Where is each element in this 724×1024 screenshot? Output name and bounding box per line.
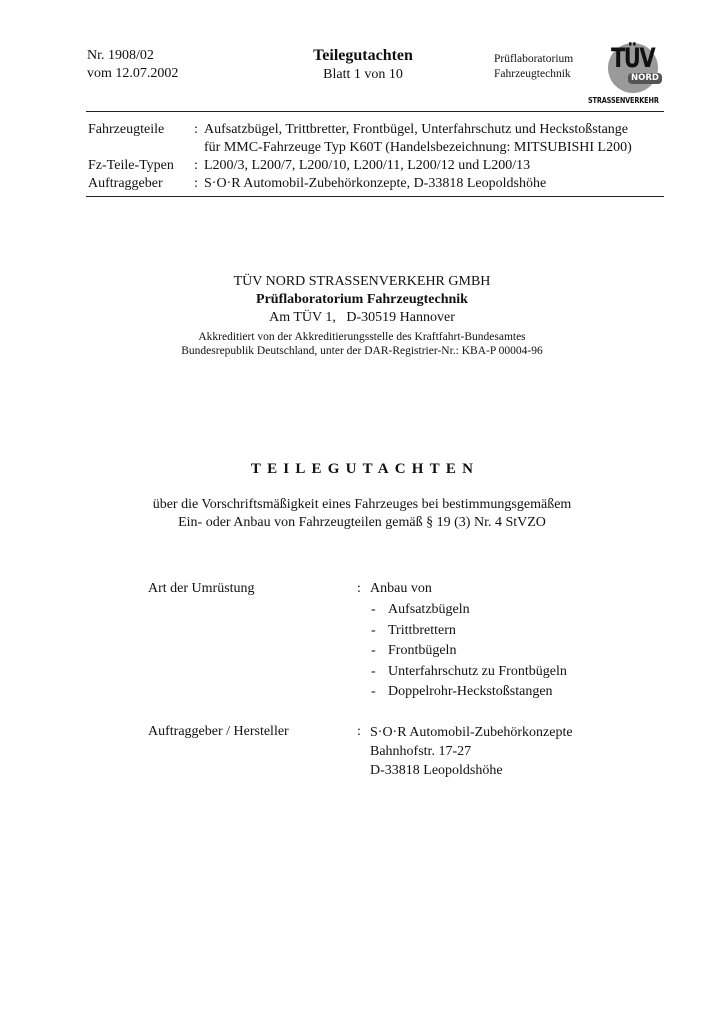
list-item-text: Trittbrettern	[388, 621, 456, 642]
header-lab-line2: Fahrzeugtechnik	[494, 67, 573, 82]
list-item: - Frontbügeln	[370, 641, 567, 662]
parts-table: Fahrzeugteile : Aufsatzbügel, Trittbrett…	[88, 121, 668, 193]
list-item: - Aufsatzbügeln	[370, 600, 567, 621]
parts-row-client: Auftraggeber : S·O·R Automobil-Zubehörko…	[88, 175, 668, 193]
parts-value: L200/3, L200/7, L200/10, L200/11, L200/1…	[204, 157, 668, 175]
list-item: - Trittbrettern	[370, 621, 567, 642]
parts-label: Fz-Teile-Typen	[88, 157, 194, 175]
conversion-label: Art der Umrüstung	[148, 580, 255, 598]
header-divider-bottom	[86, 196, 664, 197]
parts-label: Fahrzeugteile	[88, 121, 194, 157]
dash-bullet: -	[370, 641, 388, 662]
list-item-text: Aufsatzbügeln	[388, 600, 470, 621]
header-title: Teilegutachten	[290, 46, 436, 66]
parts-value-line: Aufsatzbügel, Trittbretter, Frontbügel, …	[204, 121, 668, 139]
accreditation-line2: Bundesrepublik Deutschland, unter der DA…	[0, 344, 724, 358]
parts-label: Auftraggeber	[88, 175, 194, 193]
parts-colon: :	[194, 175, 204, 193]
document-subtitle: über die Vorschriftsmäßigkeit eines Fahr…	[0, 496, 724, 532]
parts-value: S·O·R Automobil-Zubehörkonzepte, D-33818…	[204, 175, 668, 193]
parts-value-line: für MMC-Fahrzeuge Typ K60T (Handelsbezei…	[204, 139, 668, 157]
list-item-text: Unterfahrschutz zu Frontbügeln	[388, 662, 567, 683]
institution-block: TÜV NORD STRASSENVERKEHR GMBH Prüflabora…	[0, 273, 724, 358]
conversion-value: Anbau von - Aufsatzbügeln - Trittbretter…	[370, 580, 567, 703]
conversion-colon: :	[357, 580, 361, 598]
list-item-text: Doppelrohr-Heckstoßstangen	[388, 682, 553, 703]
parts-value-line: S·O·R Automobil-Zubehörkonzepte, D-33818…	[204, 175, 668, 193]
document-reference: Nr. 1908/02 vom 12.07.2002	[87, 47, 178, 83]
header-divider-top	[86, 111, 664, 112]
dash-bullet: -	[370, 621, 388, 642]
accreditation-line1: Akkreditiert von der Akkreditierungsstel…	[0, 330, 724, 344]
dash-bullet: -	[370, 662, 388, 683]
header-lab-line1: Prüflaboratorium	[494, 52, 573, 67]
client-street: Bahnhofstr. 17-27	[370, 742, 573, 761]
list-item: - Doppelrohr-Heckstoßstangen	[370, 682, 567, 703]
client-colon: :	[357, 723, 361, 741]
parts-row-vehicle-parts: Fahrzeugteile : Aufsatzbügel, Trittbrett…	[88, 121, 668, 157]
parts-value: Aufsatzbügel, Trittbretter, Frontbügel, …	[204, 121, 668, 157]
institution-name: TÜV NORD STRASSENVERKEHR GMBH	[0, 273, 724, 291]
parts-value-line: L200/3, L200/7, L200/10, L200/11, L200/1…	[204, 157, 668, 175]
header-lab-name: Prüflaboratorium Fahrzeugtechnik	[494, 52, 573, 82]
client-city: D-33818 Leopoldshöhe	[370, 761, 573, 780]
tuv-nord-logo: TÜV NORD STRASSENVERKEHR	[584, 40, 668, 104]
dash-bullet: -	[370, 682, 388, 703]
logo-badge: NORD	[628, 73, 662, 84]
header-title-block: Teilegutachten Blatt 1 von 10	[290, 46, 436, 84]
client-label: Auftraggeber / Hersteller	[148, 723, 289, 741]
parts-row-part-types: Fz-Teile-Typen : L200/3, L200/7, L200/10…	[88, 157, 668, 175]
document-subtitle-line1: über die Vorschriftsmäßigkeit eines Fahr…	[0, 496, 724, 514]
sheet-number: Blatt 1 von 10	[290, 66, 436, 84]
document-subtitle-line2: Ein- oder Anbau von Fahrzeugteilen gemäß…	[0, 514, 724, 532]
accreditation-note: Akkreditiert von der Akkreditierungsstel…	[0, 330, 724, 358]
institution-lab: Prüflaboratorium Fahrzeugtechnik	[0, 291, 724, 309]
conversion-list: - Aufsatzbügeln - Trittbrettern - Frontb…	[370, 600, 567, 703]
logo-caption: STRASSENVERKEHR	[588, 96, 659, 105]
client-address: S·O·R Automobil-Zubehörkonzepte Bahnhofs…	[370, 723, 573, 780]
document-number: Nr. 1908/02	[87, 47, 178, 65]
conversion-intro: Anbau von	[370, 580, 567, 598]
list-item: - Unterfahrschutz zu Frontbügeln	[370, 662, 567, 683]
client-company: S·O·R Automobil-Zubehörkonzepte	[370, 723, 573, 742]
institution-address: Am TÜV 1, D-30519 Hannover	[0, 309, 724, 327]
dash-bullet: -	[370, 600, 388, 621]
logo-mark: TÜV	[611, 44, 654, 74]
list-item-text: Frontbügeln	[388, 641, 456, 662]
document-date: vom 12.07.2002	[87, 65, 178, 83]
document-title: TEILEGUTACHTEN	[0, 459, 724, 479]
parts-colon: :	[194, 157, 204, 175]
parts-colon: :	[194, 121, 204, 157]
